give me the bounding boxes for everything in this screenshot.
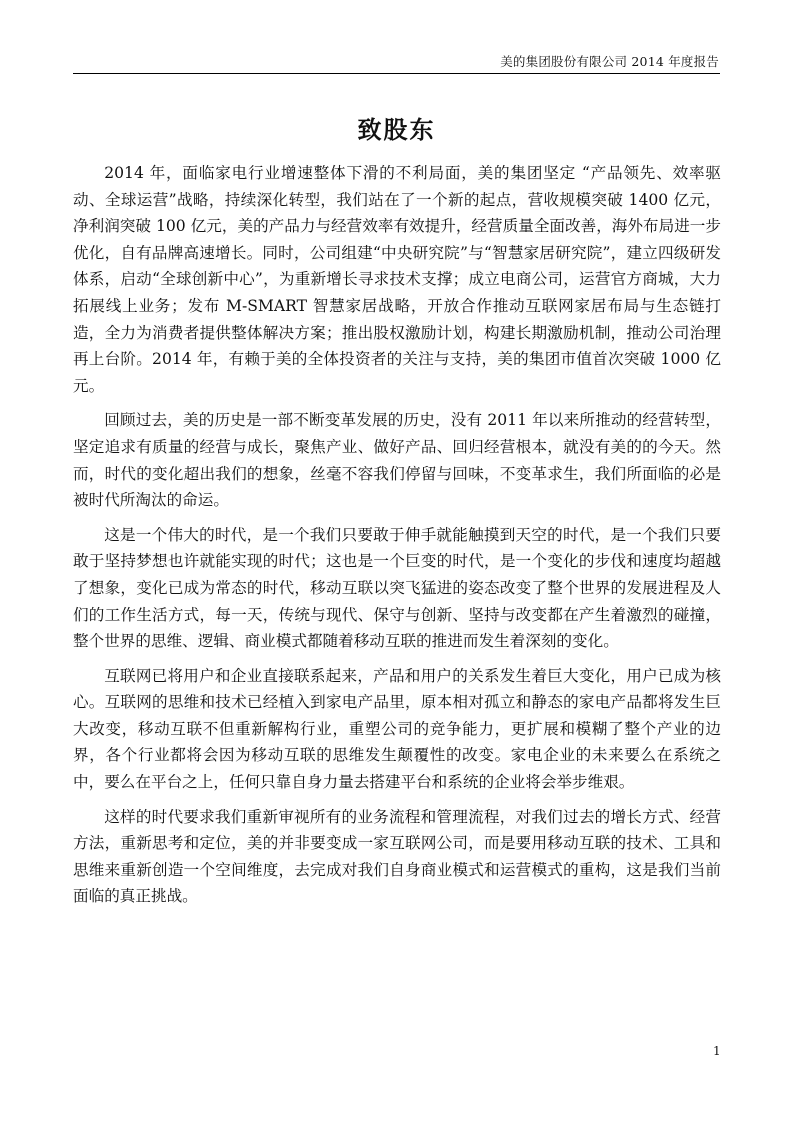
- paragraph-2: 回顾过去，美的历史是一部不断变革发展的历史，没有 2011 年以来所推动的经营转…: [73, 407, 721, 513]
- page-number: 1: [713, 1044, 721, 1058]
- letter-body: 2014 年，面临家电行业增速整体下滑的不利局面，美的集团坚定 “产品领先、效率…: [73, 160, 721, 918]
- paragraph-4: 互联网已将用户和企业直接联系起来，产品和用户的关系发生着巨大变化，用户已成为核心…: [73, 663, 721, 796]
- paragraph-3: 这是一个伟大的时代，是一个我们只要敢于伸手就能触摸到天空的时代，是一个我们只要敢…: [73, 522, 721, 655]
- header-divider: [73, 73, 720, 74]
- paragraph-1: 2014 年，面临家电行业增速整体下滑的不利局面，美的集团坚定 “产品领先、效率…: [73, 160, 721, 399]
- running-header: 美的集团股份有限公司 2014 年度报告: [500, 52, 719, 70]
- page-title: 致股东: [0, 110, 793, 145]
- paragraph-5: 这样的时代要求我们重新审视所有的业务流程和管理流程，对我们过去的增长方式、经营方…: [73, 804, 721, 910]
